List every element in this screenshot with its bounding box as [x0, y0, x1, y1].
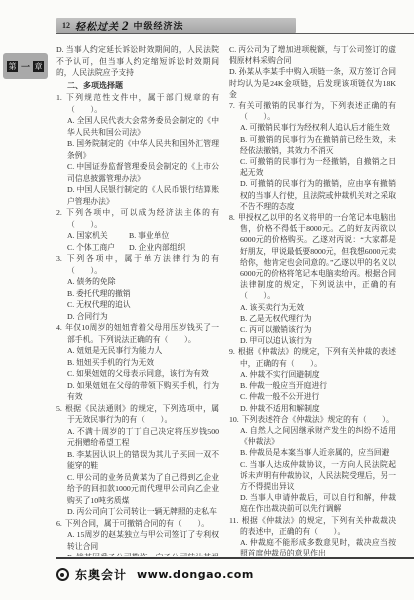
option: D. 当事人申请仲裁后，可以自行和解，仲裁庭在作出裁决前可以先行调解	[229, 492, 396, 514]
question-number: 5.	[56, 404, 65, 413]
question: 4.年仅10周岁的妞妞背着父母用压岁钱买了一部手机。下列说法正确的有（ ）。 A…	[56, 322, 219, 403]
question-stem: 根据《民法通则》的规定，下列选项中，属于无效民事行为的有（ ）。	[65, 404, 219, 425]
option: B. 仲裁一般应当开庭进行	[229, 380, 396, 391]
footer-brand: 东奥会计	[75, 566, 127, 583]
option: B. 国务院制定的《中华人民共和国外汇管理条例》	[56, 138, 219, 161]
question-stem: 下列表述符合《仲裁法》规定的有（ ）。	[242, 415, 394, 424]
option: C. 个体工商户	[67, 242, 129, 254]
question-stem: 根据《仲裁法》的规定，下列有关仲裁裁决的表述中，正确的有（ ）。	[240, 516, 396, 536]
question: 10.下列表述符合《仲裁法》规定的有（ ）。 A. 自然人之间因继承财产发生的纠…	[229, 414, 396, 515]
option: A. 仲裁不实行回避制度	[229, 369, 396, 380]
question-number: 11.	[229, 516, 241, 525]
footer-url: www.dongao.com	[137, 568, 254, 581]
option: B. 妞妞买手机的行为无效	[56, 357, 219, 369]
option: A. 全国人民代表大会常务委员会制定的《中华人民共和国公司法》	[56, 115, 219, 138]
question-number: 3.	[56, 254, 65, 263]
option: C. 可撤销的民事行为一经撤销，自撤销之日起无效	[229, 156, 396, 178]
question-stem: 下列规范性文件中，属于部门规章的有（ ）。	[65, 93, 219, 114]
question-stem: 甲授权乙以甲的名义将甲的一台笔记本电脑出售，价格不得低于8000元。乙的好友丙欲…	[238, 213, 396, 300]
question: 5.根据《民法通则》的规定，下列选项中，属于无效民事行为的有（ ）。 A. 不满…	[56, 403, 219, 518]
right-column: C. 丙公司为了增加进项税额，与丁公司签订的虚假原材料采购合同 D. 孙某从李某…	[229, 44, 396, 556]
option: C. 甲公司的业务员黄某为了自己得到乙企业给予的回扣款1000元而代理甲公司向乙…	[56, 472, 219, 507]
page-header-bar: 12 轻松过关 2 中级经济法	[56, 18, 296, 33]
page-number: 12	[62, 21, 70, 30]
option: D. 如果妞妞在父母的带领下购买手机，行为有效	[56, 380, 219, 403]
section-heading: 二、多项选择题	[56, 80, 219, 92]
option: B. 可撤销的民事行为在撤销前已经生效，未经依法撤销，其效力不消灭	[229, 134, 396, 156]
carryover-option: C. 丙公司为了增加进项税额，与丁公司签订的虚假原材料采购合同	[229, 44, 396, 66]
option: B. 仲裁员是本案当事人近亲属的，应当回避	[229, 447, 396, 458]
question-number: 6.	[56, 519, 65, 528]
option: A. 仲裁庭不能形成多数意见时，裁决应当按照首席仲裁员的意见作出	[229, 537, 396, 556]
header-divider	[56, 33, 414, 34]
chapter-tab: 第 一 章	[3, 53, 48, 79]
question-number: 10.	[229, 415, 242, 424]
subject-title: 中级经济法	[134, 19, 184, 32]
option: A. 15周岁的赵某独立与甲公司签订了专利权转让合同	[56, 529, 219, 552]
chapter-tab-char-last: 章	[33, 61, 44, 72]
option: C. 当事人达成仲裁协议，一方向人民法院起诉未声明有仲裁协议，人民法院受理后，另…	[229, 459, 396, 493]
option: C. 如果妞妞的父母表示同意，该行为有效	[56, 368, 219, 380]
option: A. 妞妞是无民事行为能力人	[56, 345, 219, 357]
question-stem: 年仅10周岁的妞妞背着父母用压岁钱买了一部手机。下列说法正确的有（ ）。	[65, 323, 219, 344]
option: B. 事业单位	[129, 230, 219, 242]
option: A. 该买卖行为无效	[229, 302, 396, 313]
question: 8.甲授权乙以甲的名义将甲的一台笔记本电脑出售，价格不得低于8000元。乙的好友…	[229, 212, 396, 346]
question-stem: 下列合同，属于可撤销合同的有（ ）。	[65, 519, 209, 528]
question: 3.下列各项中，属于单方法律行为的有（ ）。 A. 债务的免除 B. 委托代理的…	[56, 253, 219, 322]
option: D. 企业内部组织	[129, 242, 219, 254]
option: B. 委托代理的撤销	[56, 288, 219, 300]
question: 2.下列各项中，可以成为经济法主体的有（ ）。 A. 国家机关 B. 事业单位 …	[56, 207, 219, 253]
option: B. 乙是无权代理行为	[229, 313, 396, 324]
question-number: 4.	[56, 323, 65, 332]
series-title: 轻松过关	[75, 18, 119, 33]
option: A. 不满十周岁的丁丁自己决定将压岁钱500元捐赠给希望工程	[56, 426, 219, 449]
chapter-tab-char-mid: 一	[21, 60, 30, 73]
option: B. 钱某因受乙公司欺诈，向乙公司转让其祖传的砚台	[56, 552, 219, 556]
option: A. 可撤销民事行为经权利人追认后才能生效	[229, 122, 396, 133]
option: D. 丙公司向丁公司转让一辆无牌照的走私车	[56, 506, 219, 518]
option: A. 自然人之间因继承财产发生的纠纷不适用《仲裁法》	[229, 425, 396, 447]
question-number: 2.	[56, 208, 65, 217]
option: D. 可撤销的民事行为的撤销，应由享有撤销权的当事人行使，且法院或仲裁机关对之采…	[229, 178, 396, 212]
chapter-tab-char-first: 第	[7, 61, 18, 72]
question-number: 7.	[229, 101, 238, 110]
series-volume: 2	[122, 18, 129, 34]
question-stem: 有关可撤销的民事行为，下列表述正确的有（ ）。	[238, 101, 396, 121]
footer-divider	[56, 557, 414, 559]
option: D. 合同行为	[56, 311, 219, 323]
question-number: 9.	[229, 347, 238, 356]
carryover-option: D. 当事人约定延长诉讼时效期间的，人民法院不予认可，但当事人约定缩短诉讼时效期…	[56, 44, 219, 79]
question-stem: 下列各项中，可以成为经济法主体的有（ ）。	[65, 208, 219, 229]
question: 1.下列规范性文件中，属于部门规章的有（ ）。 A. 全国人民代表大会常务委员会…	[56, 92, 219, 207]
option: D. 甲可以追认该行为	[229, 335, 396, 346]
question: 11.根据《仲裁法》的规定，下列有关仲裁裁决的表述中，正确的有（ ）。 A. 仲…	[229, 515, 396, 556]
question-stem: 下列各项中，属于单方法律行为的有（ ）。	[65, 254, 219, 275]
option: C. 无权代理的追认	[56, 299, 219, 311]
question-number: 8.	[229, 213, 238, 222]
option: C. 丙可以撤销该行为	[229, 324, 396, 335]
option: C. 仲裁一般不公开进行	[229, 391, 396, 402]
option: B. 李某因认识上的错误为其儿子买回一双不能穿的鞋	[56, 449, 219, 472]
left-column: D. 当事人约定延长诉讼时效期间的，人民法院不予认可，但当事人约定缩短诉讼时效期…	[56, 44, 219, 556]
option: A. 国家机关	[67, 230, 129, 242]
dongao-logo-icon	[56, 568, 69, 581]
question: 9.根据《仲裁法》的规定，下列有关仲裁的表述中，正确的有（ ）。 A. 仲裁不实…	[229, 346, 396, 413]
option: A. 债务的免除	[56, 276, 219, 288]
question-stem: 根据《仲裁法》的规定，下列有关仲裁的表述中，正确的有（ ）。	[238, 347, 396, 367]
question: 7.有关可撤销的民事行为，下列表述正确的有（ ）。 A. 可撤销民事行为经权利人…	[229, 100, 396, 212]
carryover-option: D. 孙某从李某手中购入项链一条，双方签订合同时均认为是24K金项链，后发现该项…	[229, 66, 396, 100]
option: C. 中国证券监督管理委员会制定的《上市公司信息披露管理办法》	[56, 161, 219, 184]
question: 6.下列合同，属于可撤销合同的有（ ）。 A. 15周岁的赵某独立与甲公司签订了…	[56, 518, 219, 557]
question-number: 1.	[56, 93, 65, 102]
option: D. 中国人民银行制定的《人民币银行结算账户管理办法》	[56, 184, 219, 207]
option: D. 仲裁不适用和解制度	[229, 403, 396, 414]
footer: 东奥会计 www.dongao.com	[56, 566, 254, 583]
